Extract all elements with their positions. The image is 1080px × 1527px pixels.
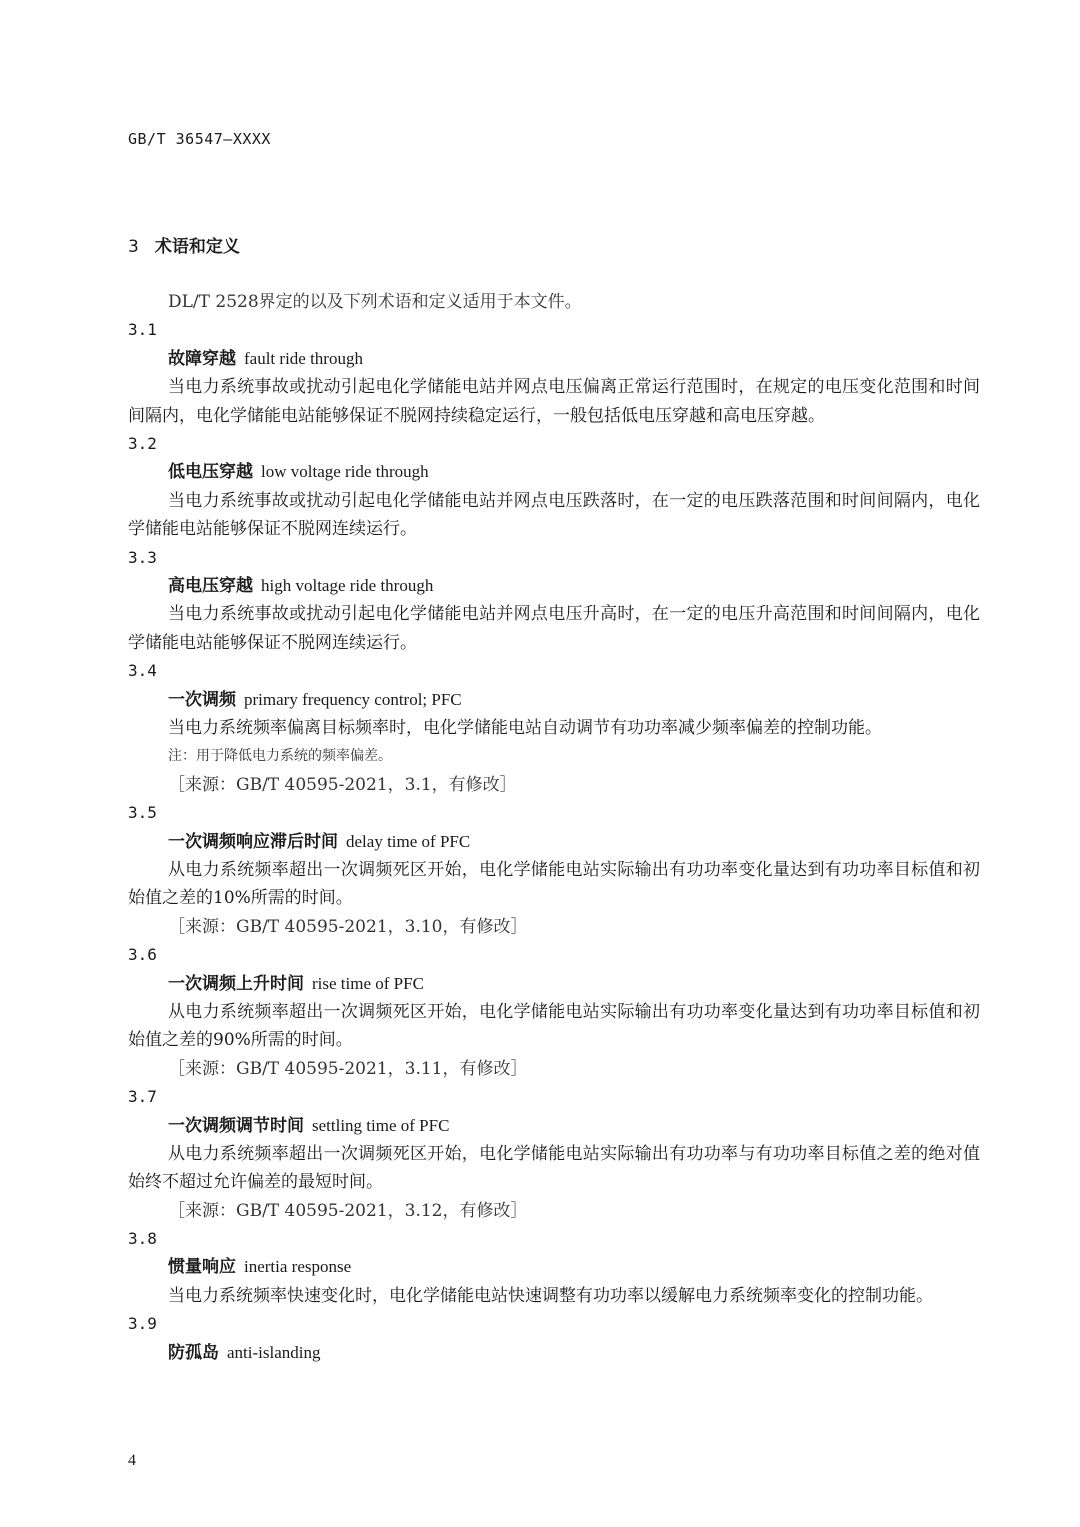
document-page: GB/T 36547—XXXX 3术语和定义 DL/T 2528界定的以及下列术…: [0, 0, 1080, 1527]
term-number: 3.7: [128, 1083, 980, 1111]
term-definition: 当电力系统频率快速变化时，电化学储能电站快速调整有功功率以缓解电力系统频率变化的…: [128, 1282, 980, 1310]
section-heading: 3术语和定义: [128, 232, 240, 257]
term-en: high voltage ride through: [261, 576, 433, 595]
section-intro: DL/T 2528界定的以及下列术语和定义适用于本文件。: [128, 288, 980, 316]
term-zh: 高电压穿越: [168, 576, 253, 596]
term-definition: 当电力系统事故或扰动引起电化学储能电站并网点电压偏离正常运行范围时，在规定的电压…: [128, 373, 980, 430]
term-en: anti-islanding: [227, 1343, 320, 1362]
term-en: settling time of PFC: [312, 1116, 449, 1135]
term-en: inertia response: [244, 1257, 351, 1276]
term-en: primary frequency control; PFC: [244, 690, 462, 709]
term-en: fault ride through: [244, 349, 363, 368]
term-heading: 一次调频上升时间rise time of PFC: [128, 970, 980, 998]
term-zh: 惯量响应: [168, 1257, 236, 1277]
term-heading: 一次调频primary frequency control; PFC: [128, 686, 980, 714]
term-number: 3.5: [128, 799, 980, 827]
term-heading: 一次调频调节时间settling time of PFC: [128, 1112, 980, 1140]
term-heading: 防孤岛anti-islanding: [128, 1339, 980, 1367]
term-zh: 故障穿越: [168, 349, 236, 369]
term-en: rise time of PFC: [312, 974, 424, 993]
term-heading: 故障穿越fault ride through: [128, 345, 980, 373]
term-definition: 当电力系统事故或扰动引起电化学储能电站并网点电压升高时，在一定的电压升高范围和时…: [128, 600, 980, 657]
term-source: ［来源：GB/T 40595-2021，3.12，有修改］: [128, 1197, 980, 1225]
term-en: low voltage ride through: [261, 462, 429, 481]
term-heading: 惯量响应inertia response: [128, 1253, 980, 1281]
term-source: ［来源：GB/T 40595-2021，3.11，有修改］: [128, 1055, 980, 1083]
term-source: ［来源：GB/T 40595-2021，3.1，有修改］: [128, 771, 980, 799]
term-number: 3.3: [128, 544, 980, 572]
term-heading: 一次调频响应滞后时间delay time of PFC: [128, 828, 980, 856]
term-source: ［来源：GB/T 40595-2021，3.10，有修改］: [128, 913, 980, 941]
term-definition: 从电力系统频率超出一次调频死区开始，电化学储能电站实际输出有功功率与有功功率目标…: [128, 1140, 980, 1197]
term-heading: 高电压穿越high voltage ride through: [128, 572, 980, 600]
term-number: 3.8: [128, 1225, 980, 1253]
term-zh: 一次调频: [168, 690, 236, 710]
term-zh: 低电压穿越: [168, 462, 253, 482]
term-number: 3.2: [128, 430, 980, 458]
term-zh: 一次调频上升时间: [168, 974, 304, 994]
term-en: delay time of PFC: [346, 832, 470, 851]
term-definition: 当电力系统事故或扰动引起电化学储能电站并网点电压跌落时，在一定的电压跌落范围和时…: [128, 487, 980, 544]
term-zh: 一次调频调节时间: [168, 1116, 304, 1136]
term-definition: 从电力系统频率超出一次调频死区开始，电化学储能电站实际输出有功功率变化量达到有功…: [128, 998, 980, 1055]
term-note: 注：用于降低电力系统的频率偏差。: [128, 742, 980, 770]
term-number: 3.9: [128, 1310, 980, 1338]
term-zh: 一次调频响应滞后时间: [168, 832, 338, 852]
term-zh: 防孤岛: [168, 1343, 219, 1363]
document-code-header: GB/T 36547—XXXX: [128, 130, 271, 148]
term-definition: 当电力系统频率偏离目标频率时，电化学储能电站自动调节有功功率减少频率偏差的控制功…: [128, 714, 980, 742]
term-number: 3.1: [128, 316, 980, 344]
section-number: 3: [128, 237, 139, 257]
term-heading: 低电压穿越low voltage ride through: [128, 458, 980, 486]
page-number: 4: [128, 1452, 136, 1470]
term-number: 3.6: [128, 941, 980, 969]
section-title-text: 术语和定义: [155, 237, 240, 257]
term-definition: 从电力系统频率超出一次调频死区开始，电化学储能电站实际输出有功功率变化量达到有功…: [128, 856, 980, 913]
terms-content: DL/T 2528界定的以及下列术语和定义适用于本文件。 3.1 故障穿越fau…: [128, 288, 980, 1367]
term-number: 3.4: [128, 657, 980, 685]
